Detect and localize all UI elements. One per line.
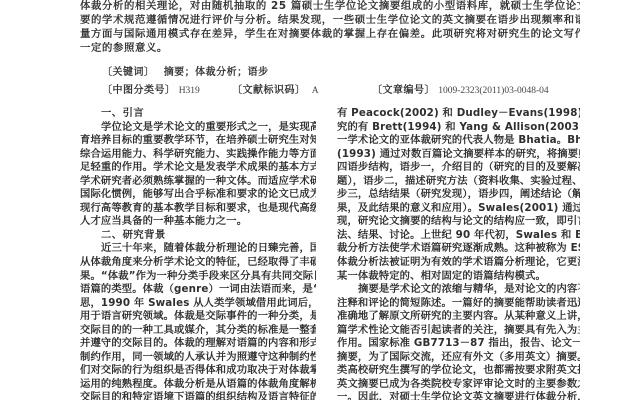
body-line: 现行高等教育的基本教学目标和要求，也是现代高级专业 [80,202,316,216]
keywords-label: 〔关键词〕 [102,67,155,78]
body-line: 果。“体裁”作为一种分类手段来区分具有共同交际目的的 [80,270,316,284]
left-column: 一、引言 学位论文是学术论文的重要形式之一，是实现高等教 育培养目标的重要教学环… [80,107,316,400]
body-line: 育培养目标的重要教学环节，在培养硕士研究生对知识的 [80,134,316,148]
body-line: 国际化惯例，能够写出合乎标准和要求的论文已成为我国 [80,188,316,202]
body-line: 学术研究者必须熟练掌握的一种文体。而适应学术研究的 [80,175,316,189]
doc-code-value: A [312,86,319,96]
body-line: 运用的纯熟程度。体裁分析是从语篇的体裁角度解析特定 [80,378,316,392]
body-line: 并遵守的交际目的。体裁的理解对语篇的内容和形式起着 [80,337,316,351]
right-column: 有 Peacock(2002) 和 Dudley－Evans(1998)，对结论… [337,107,580,400]
body-line: 法、结果、讨论。上世纪 90 年代初，Swales 和 Bhatia 的体 [337,229,580,243]
doc-code-label: 〔文献标识码〕 [232,85,306,96]
body-line: 综合运用能力、科学研究能力、实践操作能力等方面具有举 [80,148,316,162]
keywords: 〔关键词〕 摘要；体裁分析；语步 [102,66,269,79]
abstract-line: 要的学术规范遵循情况进行评价与分析。结果发现，一些硕士生学位论文的英文摘要在语步… [80,14,580,27]
body-line: 们对交际的行为组织是否得体和成功取决于对体裁掌握和 [80,364,316,378]
body-line: 步三，总结结果（研究发现），语步四，阐述结论（解释研究结 [337,188,580,202]
section-heading-background: 二、研究背景 [80,229,316,243]
document-code: 〔文献标识码〕 A [232,84,319,98]
body-line: 从体裁角度来分析学术论文的特征，已经取得了丰硕的成 [80,256,316,270]
body-line: 摘要是学术论文的浓缩与精华，是对论文的内容不加 [337,283,580,297]
body-line: 人才应当具备的一种基本能力之一。 [80,215,316,229]
body-line: (1993) 通过对数百篇论文摘要样本的研究，将摘要归纳为 [337,148,580,162]
body-line: 题），语步二，描述研究方法（资料收集、实验过程、方法），语 [337,175,580,189]
body-line: 摘要，为了国际交流，还应有外文（多用英文）摘要。我国各 [337,351,580,365]
body-line: 制约作用，同一领域的人承认并为照遵守这种制约性。人 [80,351,316,365]
article-no-value: 1009-2323(2011)03-0048-04 [438,86,548,96]
body-line: 四语步结构，语步一，介绍目的（研究的目的及要解决的问 [337,161,580,175]
article-number: 〔文章编号〕 1009-2323(2011)03-0048-04 [372,84,549,98]
body-line: 有 Peacock(2002) 和 Dudley－Evans(1998)，对结论… [337,107,580,121]
body-line: 英文摘要已成为各类院校专家评审论文时的主要参数之 [337,378,580,392]
abstract-line: 量方面与国际通用模式存在差异，学生在对摘要体裁的掌握上存在偏差。此项研究将对研究… [80,28,580,41]
clc-number: 〔中图分类号〕 H319 [102,84,200,98]
body-line: 足轻重的作用。学术论文是发表学术成果的基本方式，是 [80,161,316,175]
body-line: 果，及此结果的意义和应用）。Swales(2001) 通过研究发 [337,202,580,216]
body-line: 作用。国家标准 GB7713－87 指出，报告、论文一般均应有 [337,337,580,351]
body-line: 思，1990 年 Swales 从人类学领域借用此词后，就被广泛地 [80,297,316,311]
body-line: 究的有 Brett(1994) 和 Yang & Allison(2003)。而… [337,121,580,135]
abstract-line: 体裁分析的相关理论，对由随机抽取的 25 篇硕士生学位论文摘要组成的小型语料库，… [80,0,580,13]
body-line: 类高校研究生撰写的学位论文，也都需按要求附英文摘要。 [337,364,580,378]
body-line: 某一体裁特定的、相对固定的语篇结构模式。 [337,270,580,284]
body-line: 注释和评论的简短陈述。一篇好的摘要能帮助读者迅速 [337,297,580,311]
body-line: 裁分析方法使学术语篇研究逐渐成熟。这种被称为 ESP [337,242,580,256]
abstract-line: 一定的参照意义。 [80,42,580,55]
body-line: 近三十年来，随着体裁分析理论的日臻完善，国外学者 [80,242,316,256]
body-line: 现，研究论文摘要的结构与论文的结构应一致，即引言、方 [337,215,580,229]
body-line: 语篇的类型。体裁（genre）一词由法语而来，是“类型”的意 [80,283,316,297]
clc-value: H319 [179,86,200,96]
section-heading-introduction: 一、引言 [80,107,316,121]
body-line: 准确地了解原文所研究的主要内容。从某种意义上讲，一 [337,310,580,324]
clc-label: 〔中图分类号〕 [102,85,176,96]
body-line: 交际目的和特定语境下语篇的组织结构及语言特征的方法 [80,391,316,400]
body-line: 一。因此，对硕士生学位论文英文摘要进行体裁分析， [337,391,580,400]
body-line: 体裁分析法被证明为有效的学术语篇分析理论，它更注重 [337,256,580,270]
body-line: 学位论文是学术论文的重要形式之一，是实现高等教 [80,121,316,135]
body-line: 篇学术性论文能否引起读者的关注，摘要具有先入为主的 [337,324,580,338]
body-line: 交际目的的一种工具或媒介，其分类的标准是一整套公认 [80,324,316,338]
body-line: 用于语言研究领域。体裁是交际事件的一种分类，是实现 [80,310,316,324]
body-line: 一学术论文的亚体裁研究的代表人物是 Bhatia。Bhatia [337,134,580,148]
article-no-label: 〔文章编号〕 [372,85,435,96]
keywords-value: 摘要；体裁分析；语步 [164,67,269,78]
